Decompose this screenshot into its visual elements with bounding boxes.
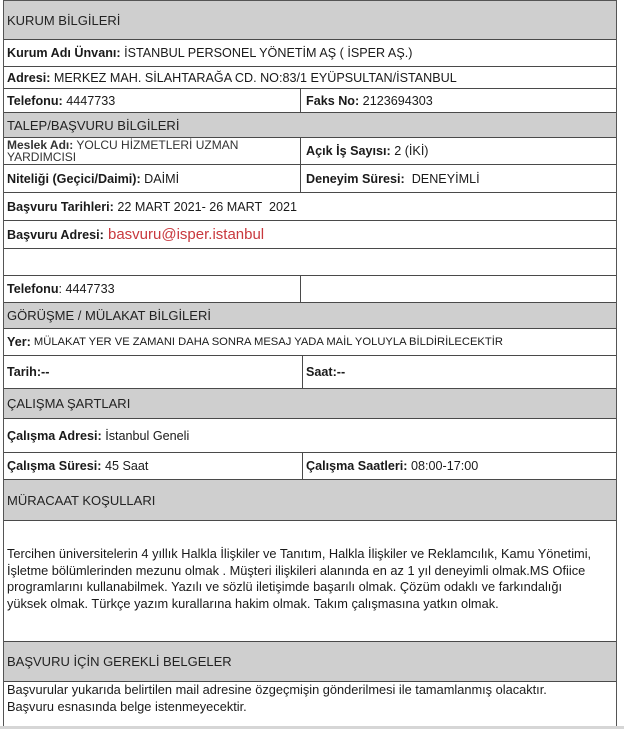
field-value: : 4447733 bbox=[59, 282, 115, 296]
field-label: Çalışma Süresi: bbox=[7, 459, 102, 473]
section-header-gorusme: GÖRÜŞME / MÜLAKAT BİLGİLERİ bbox=[4, 303, 616, 329]
section-title: MÜRACAAT KOŞULLARI bbox=[4, 480, 616, 520]
field-label: Deneyim Süresi: bbox=[306, 172, 405, 186]
section-header-belgeler: BAŞVURU İÇİN GEREKLİ BELGELER bbox=[4, 642, 616, 682]
email-link[interactable]: basvuru@isper.istanbul bbox=[104, 226, 264, 243]
field-value: MERKEZ MAH. SİLAHTARAĞA CD. NO:83/1 EYÜP… bbox=[50, 71, 456, 85]
documents-note-line: Başvurular yukarıda belirtilen mail adre… bbox=[7, 682, 616, 699]
field-value: 2 (İKİ) bbox=[391, 144, 429, 158]
row-telefon-faks: Telefonu: 4447733 Faks No: 2123694303 bbox=[4, 89, 616, 113]
field-label: Telefonu: bbox=[7, 94, 63, 108]
row-empty bbox=[4, 249, 616, 276]
row-basvuru-tarihleri: Başvuru Tarihleri: 22 MART 2021- 26 MART… bbox=[4, 193, 616, 221]
row-muracaat-text: Tercihen üniversitelerin 4 yıllık Halkla… bbox=[4, 521, 616, 642]
field-value: İstanbul Geneli bbox=[102, 429, 190, 443]
section-title: BAŞVURU İÇİN GEREKLİ BELGELER bbox=[4, 642, 616, 681]
field-label: Çalışma Saatleri: bbox=[306, 459, 408, 473]
field-label: Tarih:-- bbox=[7, 365, 49, 379]
section-header-kurum: KURUM BİLGİLERİ bbox=[4, 1, 616, 40]
section-header-muracaat: MÜRACAAT KOŞULLARI bbox=[4, 480, 616, 521]
row-tarih-saat: Tarih:-- Saat:-- bbox=[4, 356, 616, 389]
row-basvuru-adresi: Başvuru Adresi: basvuru@isper.istanbul bbox=[4, 221, 616, 249]
field-label: Niteliği (Geçici/Daimi): bbox=[7, 172, 141, 186]
row-calisma-adresi: Çalışma Adresi: İstanbul Geneli bbox=[4, 419, 616, 453]
field-value: İSTANBUL PERSONEL YÖNETİM AŞ ( İSPER AŞ.… bbox=[121, 46, 413, 60]
field-label: Telefonu bbox=[7, 282, 59, 296]
field-value: YOLCU HİZMETLERİ UZMAN bbox=[73, 138, 238, 152]
section-header-talep: TALEP/BAŞVURU BİLGİLERİ bbox=[4, 113, 616, 138]
field-value: 2123694303 bbox=[359, 94, 433, 108]
row-meslek-acik-is: Meslek Adı: YOLCU HİZMETLERİ UZMAN YARDI… bbox=[4, 138, 616, 165]
field-label: Açık İş Sayısı: bbox=[306, 144, 391, 158]
row-kurum-adi: Kurum Adı Ünvanı: İSTANBUL PERSONEL YÖNE… bbox=[4, 40, 616, 67]
documents-note-line: Başvuru esnasında belge istenmeyecektir. bbox=[7, 699, 616, 716]
requirements-paragraph: Tercihen üniversitelerin 4 yıllık Halkla… bbox=[4, 521, 616, 612]
field-value: MÜLAKAT YER VE ZAMANI DAHA SONRA MESAJ Y… bbox=[31, 336, 503, 348]
field-value: 08:00-17:00 bbox=[408, 459, 479, 473]
field-value: 22 MART 2021- 26 MART 2021 bbox=[114, 200, 297, 214]
field-label: Kurum Adı Ünvanı: bbox=[7, 46, 121, 60]
field-value: DENEYİMLİ bbox=[405, 172, 480, 186]
field-label: Faks No: bbox=[306, 94, 359, 108]
section-title: KURUM BİLGİLERİ bbox=[4, 1, 616, 39]
field-label: Yer: bbox=[7, 335, 31, 349]
row-yer: Yer: MÜLAKAT YER VE ZAMANI DAHA SONRA ME… bbox=[4, 329, 616, 356]
row-belgeler-text: Başvurular yukarıda belirtilen mail adre… bbox=[4, 682, 616, 727]
row-talep-telefon: Telefonu : 4447733 bbox=[4, 276, 616, 303]
field-label: Başvuru Adresi: bbox=[7, 228, 104, 242]
section-title: GÖRÜŞME / MÜLAKAT BİLGİLERİ bbox=[4, 303, 616, 328]
row-niteligi-deneyim: Niteliği (Geçici/Daimi): DAİMİ Deneyim S… bbox=[4, 165, 616, 193]
field-label: Çalışma Adresi: bbox=[7, 429, 102, 443]
field-value-cont: YARDIMCISI bbox=[7, 151, 76, 163]
field-label: Adresi: bbox=[7, 71, 50, 85]
section-title: ÇALIŞMA ŞARTLARI bbox=[4, 389, 616, 418]
field-label: Saat:-- bbox=[306, 365, 345, 379]
field-value: DAİMİ bbox=[141, 172, 179, 186]
section-header-calisma: ÇALIŞMA ŞARTLARI bbox=[4, 389, 616, 419]
row-adres: Adresi: MERKEZ MAH. SİLAHTARAĞA CD. NO:8… bbox=[4, 67, 616, 89]
row-calisma-sure-saatler: Çalışma Süresi: 45 Saat Çalışma Saatleri… bbox=[4, 453, 616, 480]
section-title: TALEP/BAŞVURU BİLGİLERİ bbox=[4, 113, 616, 137]
field-value: 45 Saat bbox=[102, 459, 149, 473]
field-label: Başvuru Tarihleri: bbox=[7, 200, 114, 214]
job-posting-form: KURUM BİLGİLERİ Kurum Adı Ünvanı: İSTANB… bbox=[3, 0, 617, 726]
field-value: 4447733 bbox=[63, 94, 116, 108]
